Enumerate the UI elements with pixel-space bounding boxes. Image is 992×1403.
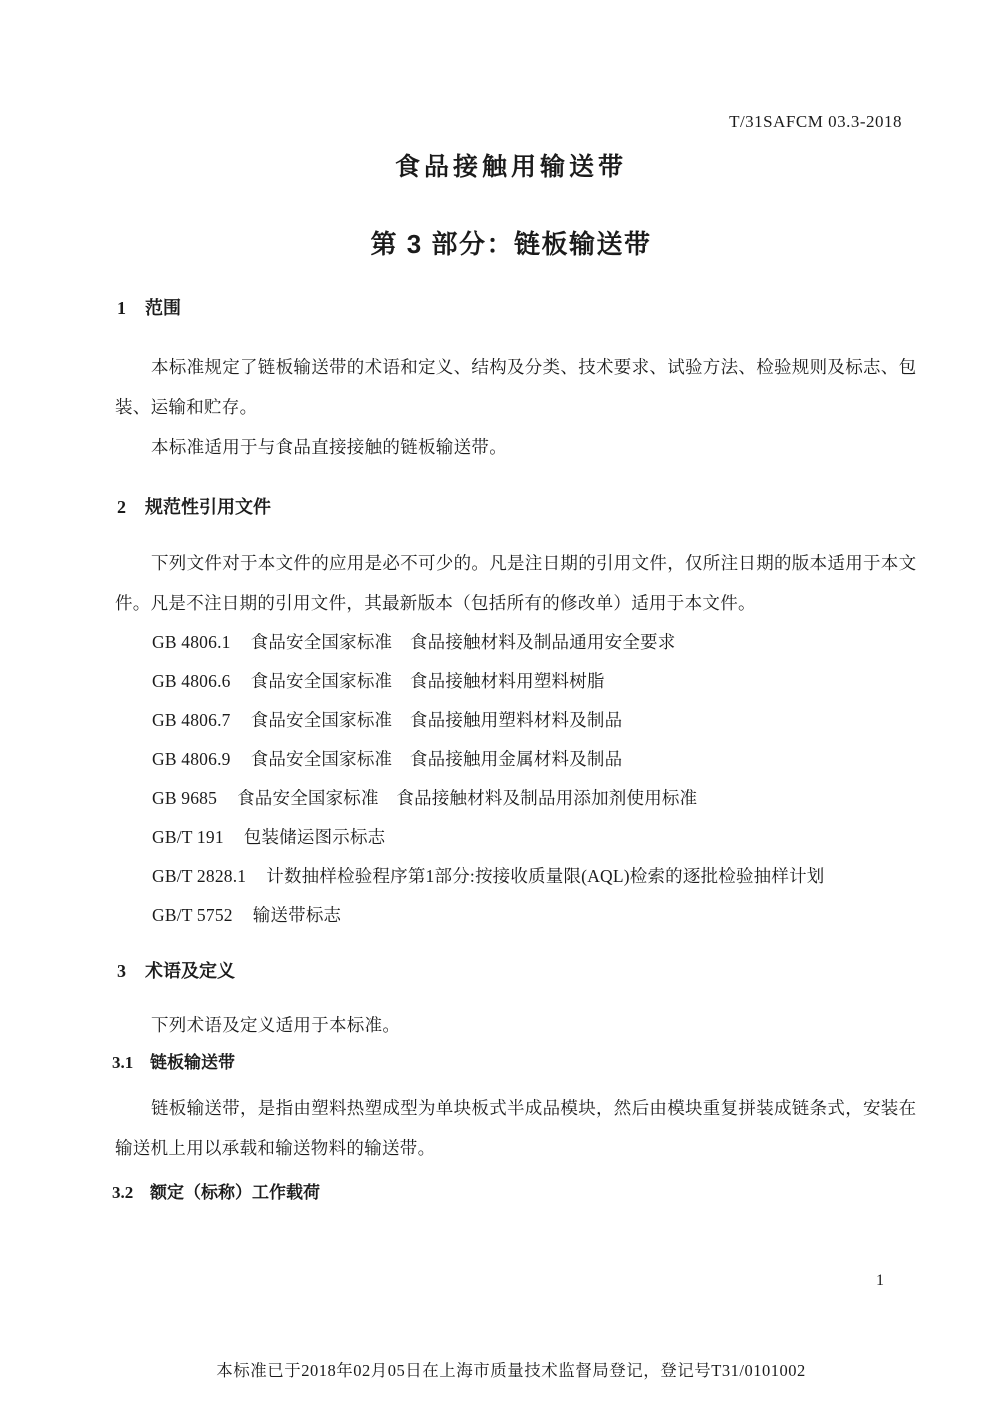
reference-code: GB/T 2828.1 <box>152 857 246 896</box>
normative-references-list: GB 4806.1食品安全国家标准 食品接触材料及制品通用安全要求 GB 480… <box>152 623 912 935</box>
reference-code: GB 9685 <box>152 779 217 818</box>
section-2-number: 2 <box>117 496 145 518</box>
paragraph-line: 装、运输和贮存。 <box>115 387 907 427</box>
section-3-1-number: 3.1 <box>112 1052 150 1074</box>
reference-item: GB 4806.1食品安全国家标准 食品接触材料及制品通用安全要求 <box>152 623 912 662</box>
reference-title: 包装储运图示标志 <box>244 827 386 847</box>
document-page: T/31SAFCM 03.3-2018 食品接触用输送带 第 3 部分：链板输送… <box>0 0 992 1403</box>
section-3-2-number: 3.2 <box>112 1182 150 1204</box>
page-number: 1 <box>876 1272 884 1290</box>
document-title: 食品接触用输送带 <box>115 147 907 183</box>
paragraph-line: 下列术语及定义适用于本标准。 <box>115 1005 907 1045</box>
standard-number: T/31SAFCM 03.3-2018 <box>729 112 902 132</box>
section-3-1-title: 链板输送带 <box>150 1053 235 1072</box>
reference-code: GB 4806.6 <box>152 662 231 701</box>
reference-code: GB 4806.9 <box>152 740 231 779</box>
section-1-number: 1 <box>117 297 145 319</box>
reference-item: GB 4806.7食品安全国家标准 食品接触用塑料材料及制品 <box>152 701 912 740</box>
reference-title: 食品安全国家标准 食品接触用金属材料及制品 <box>251 749 623 769</box>
section-3-number: 3 <box>117 960 145 982</box>
section-1-paragraph-1: 本标准规定了链板输送带的术语和定义、结构及分类、技术要求、试验方法、检验规则及标… <box>115 347 907 427</box>
section-2-paragraph-1: 下列文件对于本文件的应用是必不可少的。凡是注日期的引用文件，仅所注日期的版本适用… <box>115 543 907 623</box>
section-3-2-heading: 3.2额定（标称）工作载荷 <box>112 1182 320 1204</box>
section-2-heading: 2规范性引用文件 <box>117 496 271 518</box>
section-1-title: 范围 <box>145 298 181 318</box>
reference-item: GB 4806.9食品安全国家标准 食品接触用金属材料及制品 <box>152 740 912 779</box>
reference-title: 食品安全国家标准 食品接触材料及制品用添加剂使用标准 <box>237 788 697 808</box>
paragraph-line: 本标准规定了链板输送带的术语和定义、结构及分类、技术要求、试验方法、检验规则及标… <box>115 347 907 387</box>
section-3-2-title: 额定（标称）工作载荷 <box>150 1183 320 1202</box>
reference-item: GB 4806.6食品安全国家标准 食品接触材料用塑料树脂 <box>152 662 912 701</box>
section-3-heading: 3术语及定义 <box>117 960 235 982</box>
reference-item: GB 9685食品安全国家标准 食品接触材料及制品用添加剂使用标准 <box>152 779 912 818</box>
section-3-1-heading: 3.1链板输送带 <box>112 1052 235 1074</box>
reference-title: 食品安全国家标准 食品接触材料用塑料树脂 <box>251 671 605 691</box>
section-3-paragraph-1: 下列术语及定义适用于本标准。 <box>115 1005 907 1045</box>
reference-item: GB/T 191包装储运图示标志 <box>152 818 912 857</box>
reference-code: GB 4806.7 <box>152 701 231 740</box>
paragraph-line: 本标准适用于与食品直接接触的链板输送带。 <box>115 427 907 467</box>
section-1-heading: 1范围 <box>117 297 181 319</box>
reference-title: 食品安全国家标准 食品接触用塑料材料及制品 <box>251 710 623 730</box>
reference-code: GB/T 5752 <box>152 896 233 935</box>
section-3-title: 术语及定义 <box>145 961 235 981</box>
document-subtitle: 第 3 部分：链板输送带 <box>115 224 907 261</box>
paragraph-line: 件。凡是不注日期的引用文件，其最新版本（包括所有的修改单）适用于本文件。 <box>115 583 907 623</box>
paragraph-line: 下列文件对于本文件的应用是必不可少的。凡是注日期的引用文件，仅所注日期的版本适用… <box>115 543 907 583</box>
reference-code: GB/T 191 <box>152 818 224 857</box>
reference-item: GB/T 2828.1计数抽样检验程序第1部分:按接收质量限(AQL)检索的逐批… <box>152 857 912 896</box>
reference-title: 输送带标志 <box>253 905 342 925</box>
section-1-paragraph-2: 本标准适用于与食品直接接触的链板输送带。 <box>115 427 907 467</box>
reference-code: GB 4806.1 <box>152 623 231 662</box>
section-2-title: 规范性引用文件 <box>145 497 271 517</box>
reference-title: 计数抽样检验程序第1部分:按接收质量限(AQL)检索的逐批检验抽样计划 <box>266 866 824 886</box>
paragraph-line: 链板输送带，是指由塑料热塑成型为单块板式半成品模块，然后由模块重复拼装成链条式，… <box>115 1088 907 1128</box>
reference-item: GB/T 5752输送带标志 <box>152 896 912 935</box>
reference-title: 食品安全国家标准 食品接触材料及制品通用安全要求 <box>251 632 676 652</box>
section-3-1-paragraph: 链板输送带，是指由塑料热塑成型为单块板式半成品模块，然后由模块重复拼装成链条式，… <box>115 1088 907 1168</box>
registration-note: 本标准已于2018年02月05日在上海市质量技术监督局登记，登记号T31/010… <box>115 1357 907 1381</box>
paragraph-line: 输送机上用以承载和输送物料的输送带。 <box>115 1128 907 1168</box>
